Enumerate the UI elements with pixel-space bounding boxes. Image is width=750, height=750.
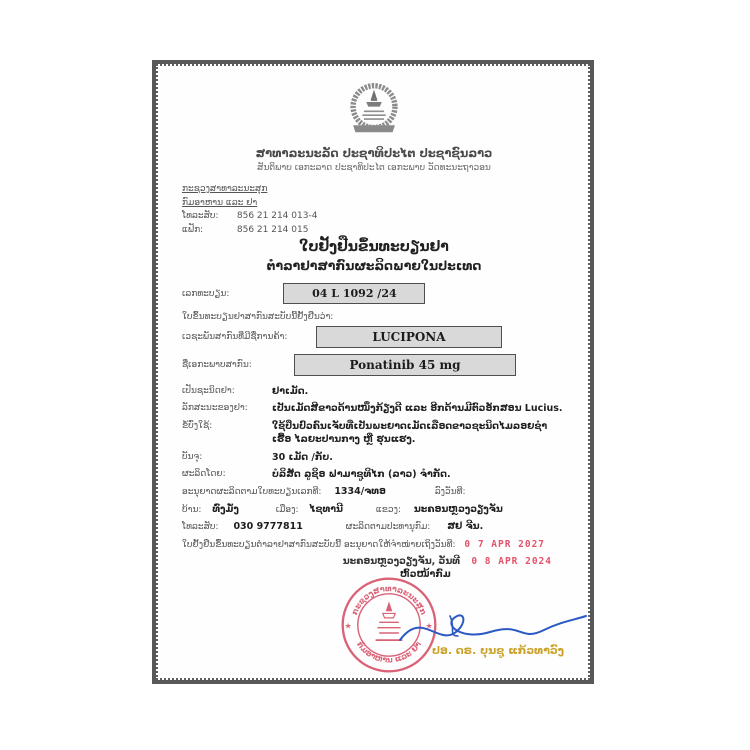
- production-license-number: 1334/ຈທອ: [334, 486, 386, 497]
- pharmacopoeia-value: ສຢ ຈີນ.: [447, 521, 483, 532]
- certificate-title: ໃບຢັ້ງຢືນຂຶ້ນທະບຽນຢາ: [182, 239, 566, 255]
- packaging-value: 30 ເມັດ /ກັບ.: [272, 451, 333, 465]
- drug-type-value: ຢາເມັດ.: [272, 385, 308, 399]
- ministry-tel-label: ໂທລະສັບ:: [182, 210, 234, 224]
- country-title: ສາທາລະນະລັດ ປະຊາທິປະໄຕ ປະຊາຊົນລາວ: [182, 146, 566, 160]
- packaging-row: ບັນຈຸ: 30 ເມັດ /ກັບ.: [182, 451, 566, 465]
- registration-number-box: 04 L 1092 /24: [283, 283, 425, 304]
- district-label: ເມືອງ:: [276, 505, 299, 515]
- drug-appearance-row: ລັກສະນະຂອງຢາ: ເປັນເມັດສີຂາວດ້ານໜຶ່ງກ້ຽງດ…: [182, 402, 566, 416]
- pharmacopoeia-label: ຜະລິດຕາມປະທານຸກົມ:: [346, 522, 431, 532]
- ministry-name: ກະຊວງສາທາລະນະສຸກ: [182, 183, 566, 197]
- ministry-block: ກະຊວງສາທາລະນະສຸກ ກົມອາຫານ ແລະ ຢາ ໂທລະສັບ…: [182, 183, 566, 237]
- village-value: ທົ່ງມັ່ງ: [212, 504, 239, 515]
- production-license-label: ອະນຸຍາດຜະລິດຕາມໃບທະບຽນເລກທີ:: [182, 487, 321, 497]
- province-value: ນະຄອນຫຼວງວຽງຈັນ: [414, 504, 503, 515]
- scanned-certificate-page: ສາທາລະນະລັດ ປະຊາທິປະໄຕ ປະຊາຊົນລາວ ສັນຕິພ…: [0, 0, 750, 750]
- trade-name-label: ເວຊະພັນສາກົນທີ່ມີຊື່ການຄ້າ:: [182, 332, 308, 342]
- generic-name-box: Ponatinib 45 mg: [294, 354, 516, 376]
- signer-name: ປອ. ດຣ. ບຸນຊູ ແກ້ວທາວົງ: [432, 644, 564, 657]
- ministry-fax-value: 856 21 214 015: [237, 225, 309, 235]
- issue-place-label: ນະຄອນຫຼວງວຽງຈັນ, ວັນທີ: [343, 556, 460, 567]
- certify-statement: ໃບຂຶ້ນທະບຽນຢາສາກົນສະບັບນີ້ຢັ້ງຢືນວ່າ:: [182, 311, 566, 324]
- license-date-label: ລົງວັນທີ:: [435, 487, 466, 497]
- producer-label: ຜະລິດໂດຍ:: [182, 468, 272, 482]
- drug-type-row: ເປັນຊະນິດຢາ: ຢາເມັດ.: [182, 385, 566, 399]
- indication-row: ຂໍ້ບົ່ງໃຊ້: ໃຊ້ປິ່ນປົວຄົນເຈັບທີ່ເປັນພະຍາ…: [182, 420, 566, 448]
- ministry-tel-value: 856 21 214 013-4: [237, 211, 318, 221]
- trade-name-box: LUCIPONA: [316, 326, 502, 348]
- issue-place-date-row: ນະຄອນຫຼວງວຽງຈັນ, ວັນທີ 0 8 APR 2024: [182, 556, 566, 567]
- producer-row: ຜະລິດໂດຍ: ບໍລິສັດ ລູຊິອ ຟາມາຊູທິໄກ (ລາວ)…: [182, 468, 566, 482]
- generic-name-label: ຊື່ເອກະພາບສາກົນ:: [182, 360, 286, 370]
- packaging-label: ບັນຈຸ:: [182, 451, 272, 465]
- certificate-sheet: ສາທາລະນະລັດ ປະຊາທິປະໄຕ ປະຊາຊົນລາວ ສັນຕິພ…: [152, 60, 594, 684]
- village-label: ບ້ານ:: [182, 505, 201, 515]
- drug-type-label: ເປັນຊະນິດຢາ:: [182, 385, 272, 399]
- department-name: ກົມອາຫານ ແລະ ຢາ: [182, 197, 566, 211]
- certificate-inner-border: ສາທາລະນະລັດ ປະຊາທິປະໄຕ ປະຊາຊົນລາວ ສັນຕິພ…: [156, 64, 590, 680]
- province-label: ແຂວງ:: [376, 505, 401, 515]
- producer-tel-label: ໂທລະສັບ:: [182, 522, 219, 532]
- district-value: ໄຊທານີ: [309, 504, 343, 515]
- stamp-signature-block: ກະຊວງສາທາລະນະສຸກ ກົມອາຫານ ແລະ ຢາ ★ ★: [182, 580, 566, 680]
- producer-address-row: ບ້ານ: ທົ່ງມັ່ງ ເມືອງ: ໄຊທານີ ແຂວງ: ນະຄອນ…: [182, 503, 566, 517]
- stamp-star-left: ★: [344, 621, 351, 630]
- producer-value: ບໍລິສັດ ລູຊິອ ຟາມາຊູທິໄກ (ລາວ) ຈຳກັດ.: [272, 468, 451, 482]
- phone-pharmacopoeia-row: ໂທລະສັບ: 030 9777811 ຜະລິດຕາມປະທານຸກົມ: …: [182, 520, 566, 534]
- issue-date-stamp: 0 8 APR 2024: [471, 556, 552, 567]
- drug-appearance-value: ເປັນເມັດສີຂາວດ້ານໜຶ່ງກ້ຽງດີ ແລະ ອີກດ້ານມ…: [272, 402, 563, 416]
- validity-row: ໃບຢັ້ງຢືນຂຶ້ນທະບຽນຕຳລາຢາສາກົນສະບັບນີ້ ອະ…: [182, 538, 566, 552]
- drug-appearance-label: ລັກສະນະຂອງຢາ:: [182, 402, 272, 416]
- production-license-row: ອະນຸຍາດຜະລິດຕາມໃບທະບຽນເລກທີ: 1334/ຈທອ ລົ…: [182, 485, 566, 499]
- lao-national-emblem-icon: [343, 80, 405, 142]
- ministry-fax-label: ແຟັກ:: [182, 224, 234, 238]
- certificate-subtitle: ຕຳລາຢາສາກົນຜະລິດພາຍໃນປະເທດ: [182, 258, 566, 273]
- registration-number-label: ເລກທະບຽນ:: [182, 289, 229, 299]
- national-motto: ສັນຕິພາບ ເອກະລາດ ປະຊາທິປະໄຕ ເອກະພາບ ວັດທ…: [182, 163, 566, 173]
- producer-tel-value: 030 9777811: [233, 521, 302, 532]
- expiry-date-stamp: 0 7 APR 2027: [464, 539, 545, 550]
- indication-value: ໃຊ້ປິ່ນປົວຄົນເຈັບທີ່ເປັນພະຍາດເມັດເລືອດຂາ…: [272, 420, 566, 448]
- indication-label: ຂໍ້ບົ່ງໃຊ້:: [182, 420, 272, 448]
- validity-label: ໃບຢັ້ງຢືນຂຶ້ນທະບຽນຕຳລາຢາສາກົນສະບັບນີ້ ອະ…: [182, 540, 456, 550]
